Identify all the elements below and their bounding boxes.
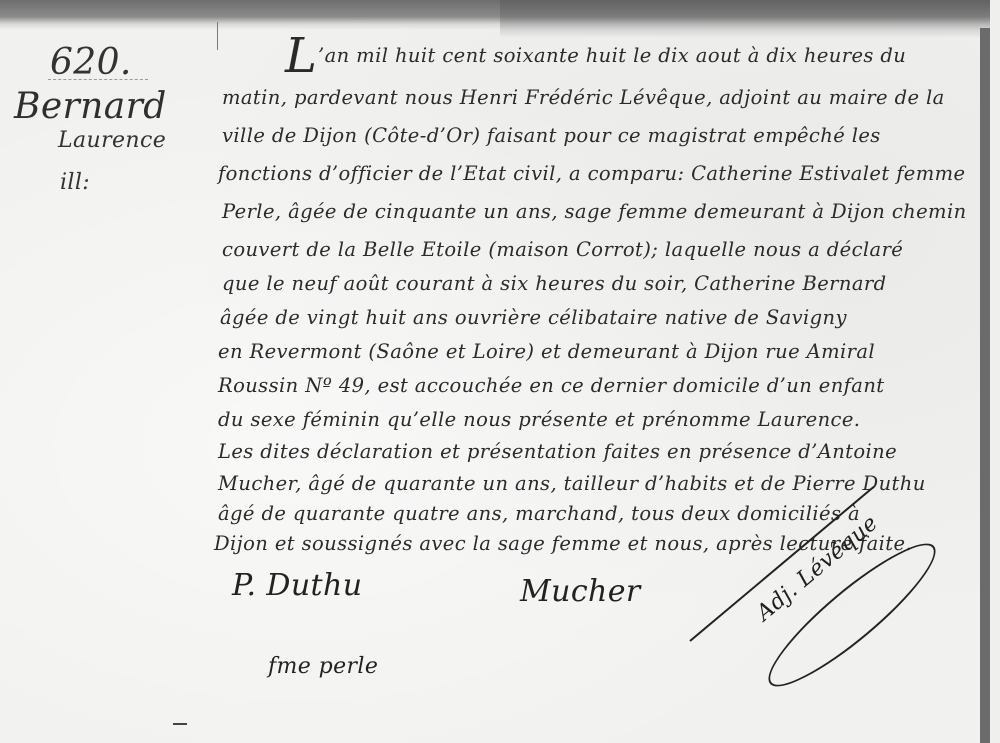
body-line-2: matin, pardevant nous Henri Frédéric Lév… (222, 86, 945, 109)
margin-status-note: ill: (60, 170, 90, 195)
body-line-12: Les dites déclaration et présentation fa… (218, 440, 897, 463)
body-line-5: Perle, âgée de cinquante un ans, sage fe… (222, 200, 967, 223)
signature-mucher: Mucher (520, 574, 641, 609)
body-line-6: couvert de la Belle Etoile (maison Corro… (222, 238, 903, 261)
page-edge (990, 0, 1000, 743)
body-line-10: Roussin Nº 49, est accouchée en ce derni… (218, 374, 885, 397)
drop-cap: L (285, 28, 317, 84)
ink-mark (173, 723, 187, 725)
scan-top-shadow-right (500, 0, 1000, 38)
body-line-9: en Revermont (Saône et Loire) et demeura… (218, 340, 875, 363)
body-line-8: âgée de vingt huit ans ouvrière célibata… (220, 306, 847, 329)
entry-number: 620. (50, 42, 132, 83)
body-line-13: Mucher, âgé de quarante un ans, tailleur… (218, 472, 926, 495)
body-line-7: que le neuf août courant à six heures du… (222, 272, 886, 295)
margin-rule (217, 22, 218, 50)
signature-midwife: fme perle (268, 654, 378, 679)
body-line-1: ’an mil huit cent soixante huit le dix a… (318, 44, 906, 67)
body-line-11: du sexe féminin qu’elle nous présente et… (218, 408, 860, 431)
body-line-3: ville de Dijon (Côte-d’Or) faisant pour … (222, 124, 881, 147)
page-binding-rule (980, 28, 990, 743)
margin-surname: Bernard (14, 86, 167, 127)
margin-given-name: Laurence (58, 128, 166, 153)
body-line-4: fonctions d’officier de l’Etat civil, a … (218, 162, 965, 185)
signature-duthu: P. Duthu (232, 568, 362, 603)
body-line-14: âgé de quarante quatre ans, marchand, to… (218, 502, 860, 525)
